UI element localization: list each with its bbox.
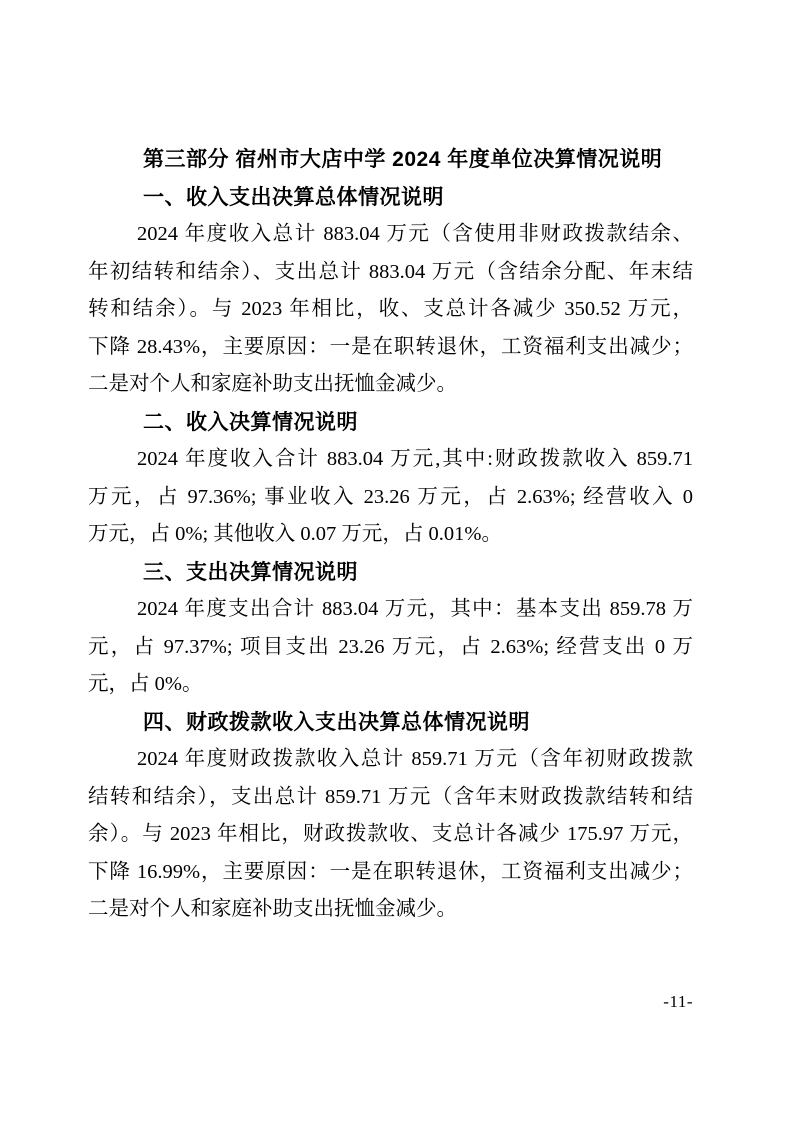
- paragraph-line: 万元，占 0%; 其他收入 0.07 万元，占 0.01%。: [88, 516, 693, 554]
- paragraph-line: 2024 年度收入合计 883.04 万元,其中:财政拨款收入 859.71: [88, 441, 693, 479]
- paragraph-line: 结转和结余），支出总计 859.71 万元（含年末财政拨款结转和结: [88, 779, 693, 817]
- paragraph-line: 余）。与 2023 年相比，财政拨款收、支总计各减少 175.97 万元，: [88, 816, 693, 854]
- paragraph-line: 元，占 0%。: [88, 666, 693, 704]
- page-number: -11-: [663, 992, 693, 1012]
- paragraph-line: 年初结转和结余）、支出总计 883.04 万元（含结余分配、年末结: [88, 254, 693, 292]
- document-content: 第三部分 宿州市大店中学 2024 年度单位决算情况说明 一、收入支出决算总体情…: [88, 141, 693, 929]
- paragraph-line: 2024 年度收入总计 883.04 万元（含使用非财政拨款结余、: [88, 216, 693, 254]
- paragraph-line: 2024 年度支出合计 883.04 万元，其中：基本支出 859.78 万: [88, 591, 693, 629]
- paragraph-line: 下降 28.43%，主要原因：一是在职转退休，工资福利支出减少；: [88, 329, 693, 367]
- paragraph-line: 元，占 97.37%; 项目支出 23.26 万元，占 2.63%; 经营支出 …: [88, 629, 693, 667]
- paragraph-line: 二是对个人和家庭补助支出抚恤金减少。: [88, 366, 693, 404]
- paragraph-line: 2024 年度财政拨款收入总计 859.71 万元（含年初财政拨款: [88, 741, 693, 779]
- section-title: 第三部分 宿州市大店中学 2024 年度单位决算情况说明: [88, 141, 693, 179]
- subsection-heading-3: 三、支出决算情况说明: [88, 554, 693, 592]
- paragraph-line: 转和结余）。与 2023 年相比，收、支总计各减少 350.52 万元，: [88, 291, 693, 329]
- paragraph-line: 下降 16.99%，主要原因：一是在职转退休，工资福利支出减少；: [88, 854, 693, 892]
- subsection-heading-4: 四、财政拨款收入支出决算总体情况说明: [88, 704, 693, 742]
- subsection-heading-2: 二、收入决算情况说明: [88, 404, 693, 442]
- subsection-heading-1: 一、收入支出决算总体情况说明: [88, 179, 693, 217]
- document-page: 第三部分 宿州市大店中学 2024 年度单位决算情况说明 一、收入支出决算总体情…: [0, 0, 793, 1122]
- paragraph-line: 二是对个人和家庭补助支出抚恤金减少。: [88, 891, 693, 929]
- paragraph-line: 万元，占 97.36%; 事业收入 23.26 万元，占 2.63%; 经营收入…: [88, 479, 693, 517]
